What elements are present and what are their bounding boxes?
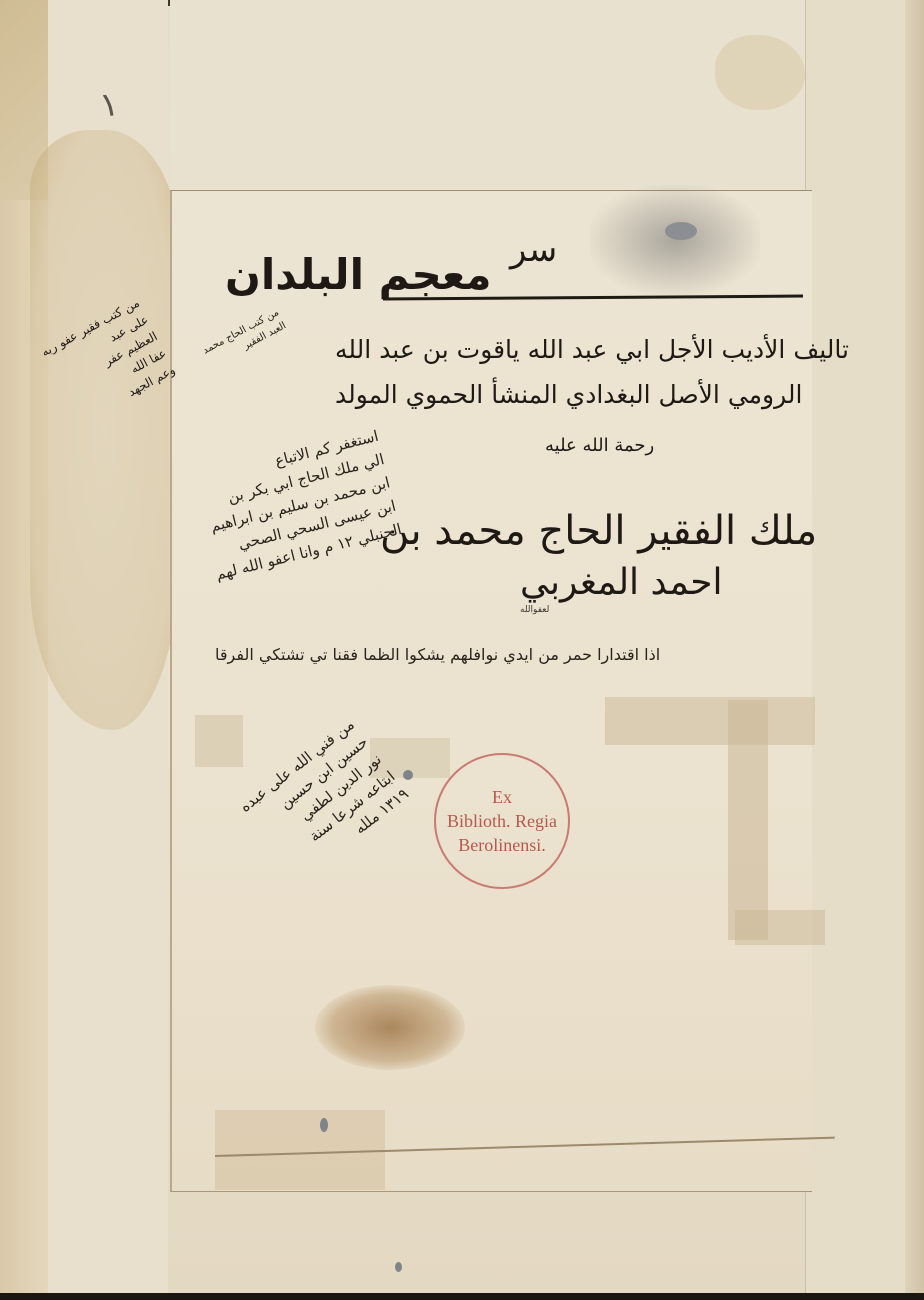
right-page-edge — [905, 0, 924, 1293]
ink-smudge — [590, 185, 760, 295]
author-line-3: رحمة الله عليه — [545, 435, 654, 456]
brown-stain — [315, 985, 465, 1070]
ownership-line-1: ملك الفقير الحاج محمد بن — [380, 508, 817, 554]
verse-line: اذا اقتدارا حمر من ايدي نوافلهم يشكوا ال… — [215, 645, 660, 664]
library-stamp: Ex Biblioth. Regia Berolinensi. — [434, 753, 570, 889]
small-note: لعفوالله — [520, 605, 549, 615]
top-sheet-patch — [170, 0, 806, 192]
author-line-1: تاليف الأديب الأجل ابي عبد الله ياقوت بن… — [335, 335, 849, 364]
scan-border-bottom — [0, 1293, 924, 1300]
ink-blot — [665, 222, 697, 240]
ink-dot — [320, 1118, 328, 1132]
tape-patch-left — [195, 715, 243, 767]
tape-patch-bottom — [735, 910, 825, 945]
water-stain — [30, 130, 180, 730]
right-water-stain — [715, 35, 805, 110]
stamp-line-3: Berolinensi. — [458, 834, 546, 856]
ownership-line-2: احمد المغربي — [520, 562, 722, 603]
ink-dot — [395, 1262, 402, 1272]
stamp-line-2: Biblioth. Regia — [447, 810, 557, 832]
author-line-2: الرومي الأصل البغدادي المنشأ الحموي المو… — [335, 380, 802, 409]
tape-patch-horizontal — [605, 697, 815, 745]
tape-patch-vertical — [728, 700, 768, 940]
right-margin-panel — [805, 0, 906, 1293]
book-title: معجم البلدان — [225, 250, 492, 299]
section-mark: سر — [510, 230, 557, 270]
stamp-line-1: Ex — [492, 786, 512, 808]
ink-dot — [403, 770, 413, 780]
